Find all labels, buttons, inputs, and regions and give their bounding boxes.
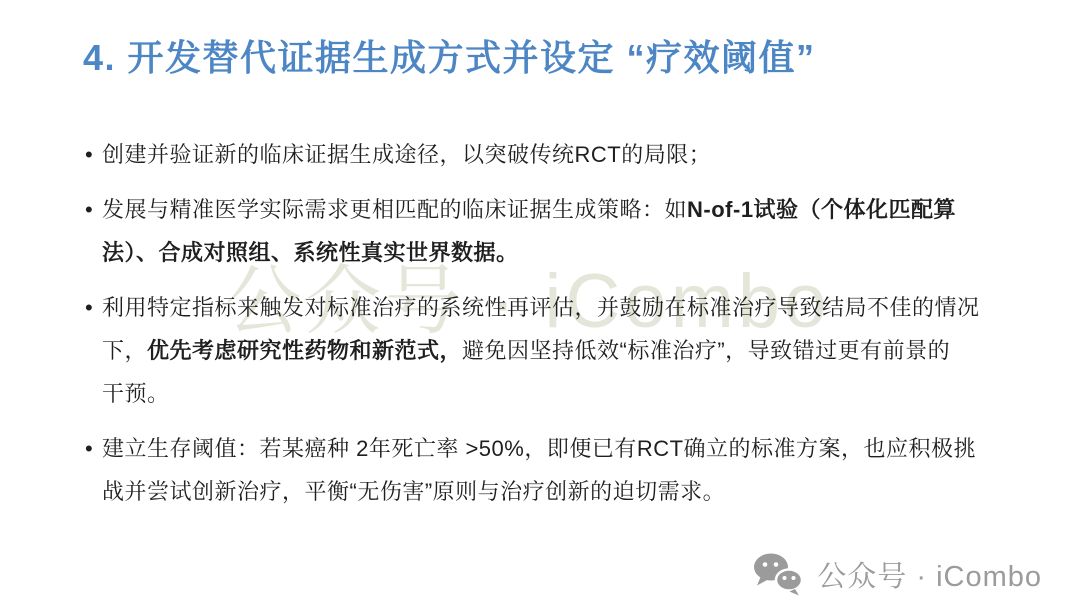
- text-segment: 创建并验证新的临床证据生成途径，以突破传统RCT的局限；: [102, 142, 711, 167]
- text-line: 战并尝试创新治疗，平衡“无伤害”原则与治疗创新的迫切需求。: [102, 470, 1000, 513]
- text-segment: 战并尝试创新治疗，平衡“无伤害”原则与治疗创新的迫切需求。: [102, 479, 725, 504]
- text-segment-bold: 优先考虑研究性药物和新范式，: [147, 338, 462, 363]
- presentation-slide: 4. 开发替代证据生成方式并设定 “疗效阈值” 公众号 · iCombo • 创…: [0, 0, 1080, 608]
- bullet-item-1: • 创建并验证新的临床证据生成途径，以突破传统RCT的局限；: [85, 133, 1000, 176]
- text-line: 建立生存阈值：若某癌种 2年死亡率 >50%，即便已有RCT确立的标准方案，也应…: [102, 427, 1000, 470]
- bullet-dot: •: [85, 133, 102, 176]
- text-segment: 避免因坚持低效“标准治疗”，导致错过更有前景的: [462, 338, 950, 363]
- text-line: 利用特定指标来触发对标准治疗的系统性再评估，并鼓励在标准治疗导致结局不佳的情况: [102, 286, 1000, 329]
- bullet-text: 发展与精准医学实际需求更相匹配的临床证据生成策略：如N-of-1试验（个体化匹配…: [102, 188, 1000, 274]
- text-segment: 发展与精准医学实际需求更相匹配的临床证据生成策略：如: [102, 197, 687, 222]
- bullet-dot: •: [85, 286, 102, 415]
- footer-brand-text: 公众号 · iCombo: [817, 554, 1042, 595]
- text-segment: 下，: [102, 338, 147, 363]
- text-segment: 干预。: [102, 381, 170, 406]
- bullet-dot: •: [85, 188, 102, 274]
- bullet-text: 利用特定指标来触发对标准治疗的系统性再评估，并鼓励在标准治疗导致结局不佳的情况 …: [102, 286, 1000, 415]
- bullet-list: • 创建并验证新的临床证据生成途径，以突破传统RCT的局限； • 发展与精准医学…: [85, 133, 1000, 525]
- text-line: 创建并验证新的临床证据生成途径，以突破传统RCT的局限；: [102, 133, 1000, 176]
- text-segment: 建立生存阈值：若某癌种 2年死亡率 >50%，即便已有RCT确立的标准方案，也应…: [102, 436, 976, 461]
- footer-watermark: 公众号 · iCombo: [752, 552, 1042, 596]
- bullet-dot: •: [85, 427, 102, 513]
- text-line: 法）、合成对照组、系统性真实世界数据。: [102, 231, 1000, 274]
- text-segment-bold: 法）、合成对照组、系统性真实世界数据。: [102, 240, 519, 265]
- bullet-item-2: • 发展与精准医学实际需求更相匹配的临床证据生成策略：如N-of-1试验（个体化…: [85, 188, 1000, 274]
- bullet-text: 建立生存阈值：若某癌种 2年死亡率 >50%，即便已有RCT确立的标准方案，也应…: [102, 427, 1000, 513]
- bullet-item-4: • 建立生存阈值：若某癌种 2年死亡率 >50%，即便已有RCT确立的标准方案，…: [85, 427, 1000, 513]
- text-line: 干预。: [102, 372, 1000, 415]
- text-segment-bold: N-of-1试验（个体化匹配算: [687, 197, 956, 222]
- slide-title: 4. 开发替代证据生成方式并设定 “疗效阈值”: [83, 30, 816, 81]
- wechat-icon: [752, 552, 804, 596]
- text-segment: 利用特定指标来触发对标准治疗的系统性再评估，并鼓励在标准治疗导致结局不佳的情况: [102, 295, 980, 320]
- bullet-item-3: • 利用特定指标来触发对标准治疗的系统性再评估，并鼓励在标准治疗导致结局不佳的情…: [85, 286, 1000, 415]
- text-line: 发展与精准医学实际需求更相匹配的临床证据生成策略：如N-of-1试验（个体化匹配…: [102, 188, 1000, 231]
- bullet-text: 创建并验证新的临床证据生成途径，以突破传统RCT的局限；: [102, 133, 1000, 176]
- text-line: 下，优先考虑研究性药物和新范式，避免因坚持低效“标准治疗”，导致错过更有前景的: [102, 329, 1000, 372]
